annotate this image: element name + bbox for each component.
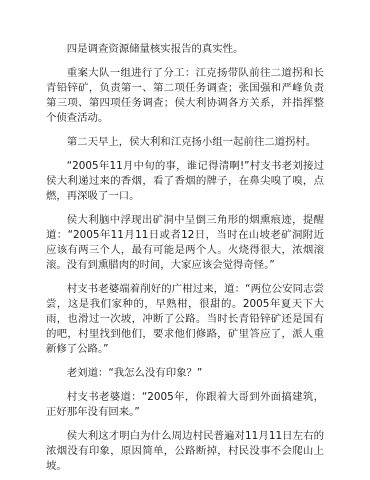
paragraph-secretary-wife: 村支书老婆端着削好的广柑过来，道：“两位公安同志尝尝，这是我们家种的，早熟柑，很… — [46, 282, 324, 357]
document-page: 四是调查资源储量核实报告的真实性。 重案大队一组进行了分工：江克扬带队前往二道拐… — [46, 42, 324, 480]
paragraph-task-four: 四是调查资源储量核实报告的真实性。 — [46, 42, 324, 57]
paragraph-secretary-liu: “2005年11月中旬的事，谁记得清啊!”村支书老刘接过侯大利递过来的香烟，看了… — [46, 159, 324, 204]
paragraph-liu-question: 老刘道：“我怎么没有印象？” — [46, 366, 324, 381]
paragraph-next-morning: 第二天早上，侯大利和江克扬小组一起前往二道拐村。 — [46, 135, 324, 150]
paragraph-wife-answer: 村支书老婆道：“2005年，你跟着大哥到外面搞建筑，正好那年没有回来。” — [46, 390, 324, 420]
paragraph-team-assignment: 重案大队一组进行了分工：江克扬带队前往二道拐和长青铅锌矿，负责第一、第二项任务调… — [46, 66, 324, 126]
paragraph-hou-realization: 侯大利这才明白为什么周边村民普遍对11月11日左右的浓烟没有印象，原因简单，公路… — [46, 429, 324, 474]
paragraph-hou-reminder: 侯大利脑中浮现出矿洞中呈倒三角形的烟熏痕迹，提醒道：“2005年11月11日或者… — [46, 213, 324, 273]
